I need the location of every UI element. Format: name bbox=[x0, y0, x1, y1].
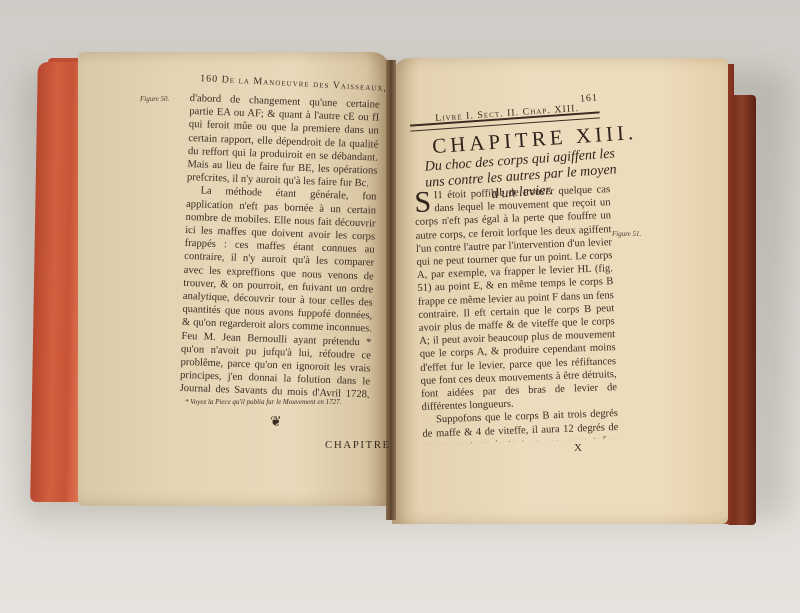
ornament-fleuron: ❦ bbox=[270, 414, 282, 431]
left-paragraph-1: d'abord de changement qu'une certaine pa… bbox=[187, 92, 380, 191]
right-body-text: SI1 étoit poffible de trouver quelque ca… bbox=[414, 183, 619, 445]
drop-cap: S bbox=[414, 189, 432, 216]
left-paragraph-2: La méthode étant générale, fon applicati… bbox=[180, 184, 377, 398]
right-margin-note: Figure 51. bbox=[612, 230, 641, 238]
left-footnote: * Voyez la Piece qu'il publia fur le Mou… bbox=[185, 398, 341, 406]
book-gutter bbox=[386, 60, 396, 520]
catchword: CHAPITRE bbox=[325, 439, 391, 451]
left-margin-note: Figure 50. bbox=[140, 95, 169, 103]
right-paragraph-1: SI1 étoit poffible de trouver quelque ca… bbox=[414, 183, 618, 414]
signature-mark: X bbox=[574, 442, 583, 454]
right-page-number: 161 bbox=[580, 92, 599, 104]
left-body-text: d'abord de changement qu'une certaine pa… bbox=[180, 92, 380, 398]
